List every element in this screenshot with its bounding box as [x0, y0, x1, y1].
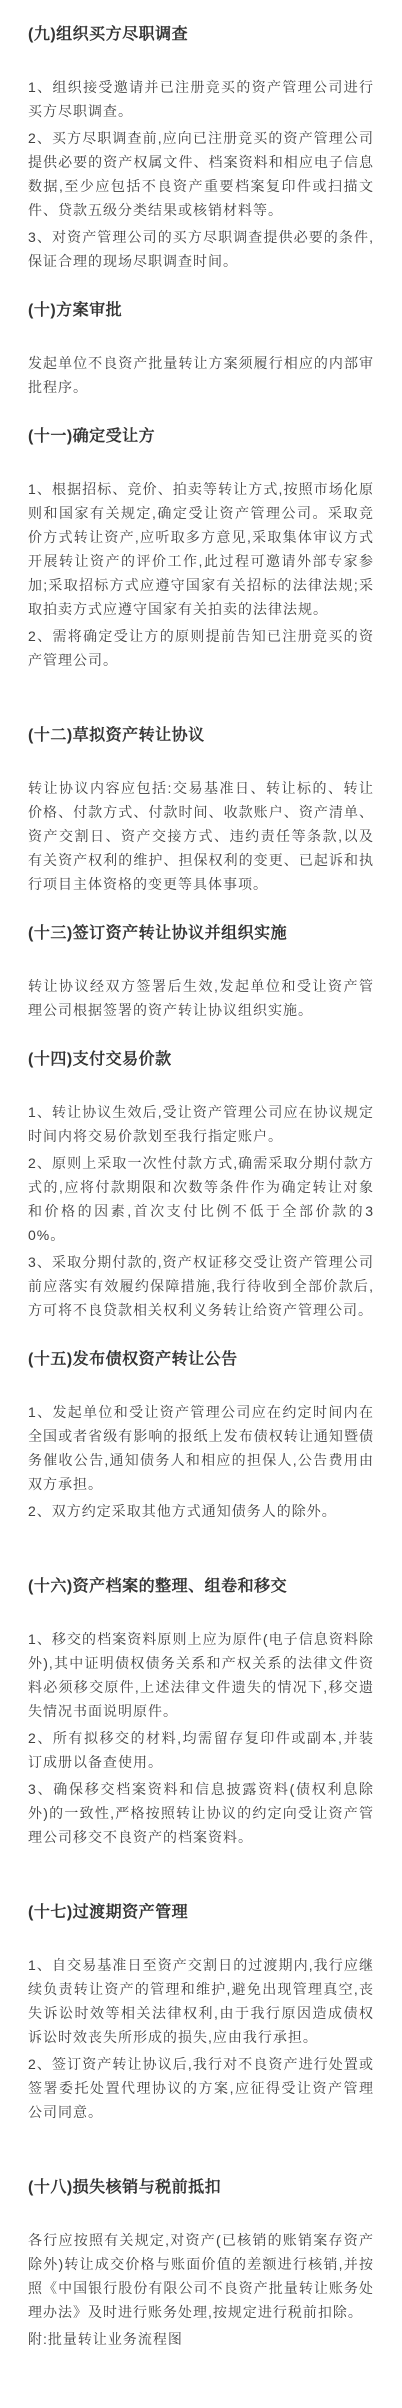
paragraph: 3、采取分期付款的,资产权证移交受让资产管理公司前应落实有效履约保障措施,我行待…: [28, 1250, 374, 1322]
paragraph: 发起单位不良资产批量转让方案须履行相应的内部审批程序。: [28, 351, 374, 399]
paragraph: 1、自交易基准日至资产交割日的过渡期内,我行应继续负责转让资产的管理和维护,避免…: [28, 1953, 374, 2049]
paragraph: 3、确保移交档案资料和信息披露资料(债权利息除外)的一致性,严格按照转让协议的约…: [28, 1777, 374, 1849]
paragraph: 1、根据招标、竞价、拍卖等转让方式,按照市场化原则和国家有关规定,确定受让资产管…: [28, 477, 374, 621]
paragraph: 2、签订资产转让协议后,我行对不良资产进行处置或签署委托处置代理协议的方案,应征…: [28, 2052, 374, 2124]
section: (十)方案审批 发起单位不良资产批量转让方案须履行相应的内部审批程序。: [28, 299, 374, 399]
section-heading: (十二)草拟资产转让协议: [28, 724, 374, 748]
section: (十八)损失核销与税前抵扣 各行应按照有关规定,对资产(已核销的账销案存资产除外…: [28, 2176, 374, 2351]
section-heading: (十)方案审批: [28, 299, 374, 323]
paragraph: 1、移交的档案资料原则上应为原件(电子信息资料除外),其中证明债权债务关系和产权…: [28, 1627, 374, 1723]
section: (十七)过渡期资产管理 1、自交易基准日至资产交割日的过渡期内,我行应继续负责转…: [28, 1901, 374, 2124]
section-heading: (十四)支付交易价款: [28, 1048, 374, 1072]
paragraph: 附:批量转让业务流程图: [28, 2327, 374, 2351]
section-heading: (十三)签订资产转让协议并组织实施: [28, 922, 374, 946]
paragraph: 2、原则上采取一次性付款方式,确需采取分期付款方式的,应将付款期限和次数等条件作…: [28, 1151, 374, 1247]
section-heading: (十七)过渡期资产管理: [28, 1901, 374, 1925]
section: (十一)确定受让方 1、根据招标、竞价、拍卖等转让方式,按照市场化原则和国家有关…: [28, 425, 374, 672]
section: (十四)支付交易价款 1、转让协议生效后,受让资产管理公司应在协议规定时间内将交…: [28, 1048, 374, 1322]
paragraph: 2、买方尽职调查前,应向已注册竞买的资产管理公司提供必要的资产权属文件、档案资料…: [28, 126, 374, 222]
paragraph: 1、转让协议生效后,受让资产管理公司应在协议规定时间内将交易价款划至我行指定账户…: [28, 1100, 374, 1148]
section-heading: (十八)损失核销与税前抵扣: [28, 2176, 374, 2200]
paragraph: 2、需将确定受让方的原则提前告知已注册竞买的资产管理公司。: [28, 624, 374, 672]
section: (九)组织买方尽职调查 1、组织接受邀请并已注册竞买的资产管理公司进行买方尽职调…: [28, 23, 374, 273]
article-page: (九)组织买方尽职调查 1、组织接受邀请并已注册竞买的资产管理公司进行买方尽职调…: [0, 0, 402, 2371]
section: (十六)资产档案的整理、组卷和移交 1、移交的档案资料原则上应为原件(电子信息资…: [28, 1575, 374, 1849]
paragraph: 1、发起单位和受让资产管理公司应在约定时间内在全国或者省级有影响的报纸上发布债权…: [28, 1400, 374, 1496]
section-heading: (十六)资产档案的整理、组卷和移交: [28, 1575, 374, 1599]
paragraph: 2、双方约定采取其他方式通知债务人的除外。: [28, 1499, 374, 1523]
section-heading: (十五)发布债权资产转让公告: [28, 1348, 374, 1372]
section-heading: (十一)确定受让方: [28, 425, 374, 449]
paragraph: 1、组织接受邀请并已注册竞买的资产管理公司进行买方尽职调查。: [28, 75, 374, 123]
paragraph: 转让协议内容应包括:交易基准日、转让标的、转让价格、付款方式、付款时间、收款账户…: [28, 776, 374, 896]
section-heading: (九)组织买方尽职调查: [28, 23, 374, 47]
paragraph: 2、所有拟移交的材料,均需留存复印件或副本,并装订成册以备查使用。: [28, 1726, 374, 1774]
section: (十五)发布债权资产转让公告 1、发起单位和受让资产管理公司应在约定时间内在全国…: [28, 1348, 374, 1523]
paragraph: 各行应按照有关规定,对资产(已核销的账销案存资产除外)转让成交价格与账面价值的差…: [28, 2228, 374, 2324]
section: (十二)草拟资产转让协议 转让协议内容应包括:交易基准日、转让标的、转让价格、付…: [28, 724, 374, 896]
section: (十三)签订资产转让协议并组织实施 转让协议经双方签署后生效,发起单位和受让资产…: [28, 922, 374, 1022]
paragraph: 3、对资产管理公司的买方尽职调查提供必要的条件,保证合理的现场尽职调查时间。: [28, 225, 374, 273]
paragraph: 转让协议经双方签署后生效,发起单位和受让资产管理公司根据签署的资产转让协议组织实…: [28, 974, 374, 1022]
